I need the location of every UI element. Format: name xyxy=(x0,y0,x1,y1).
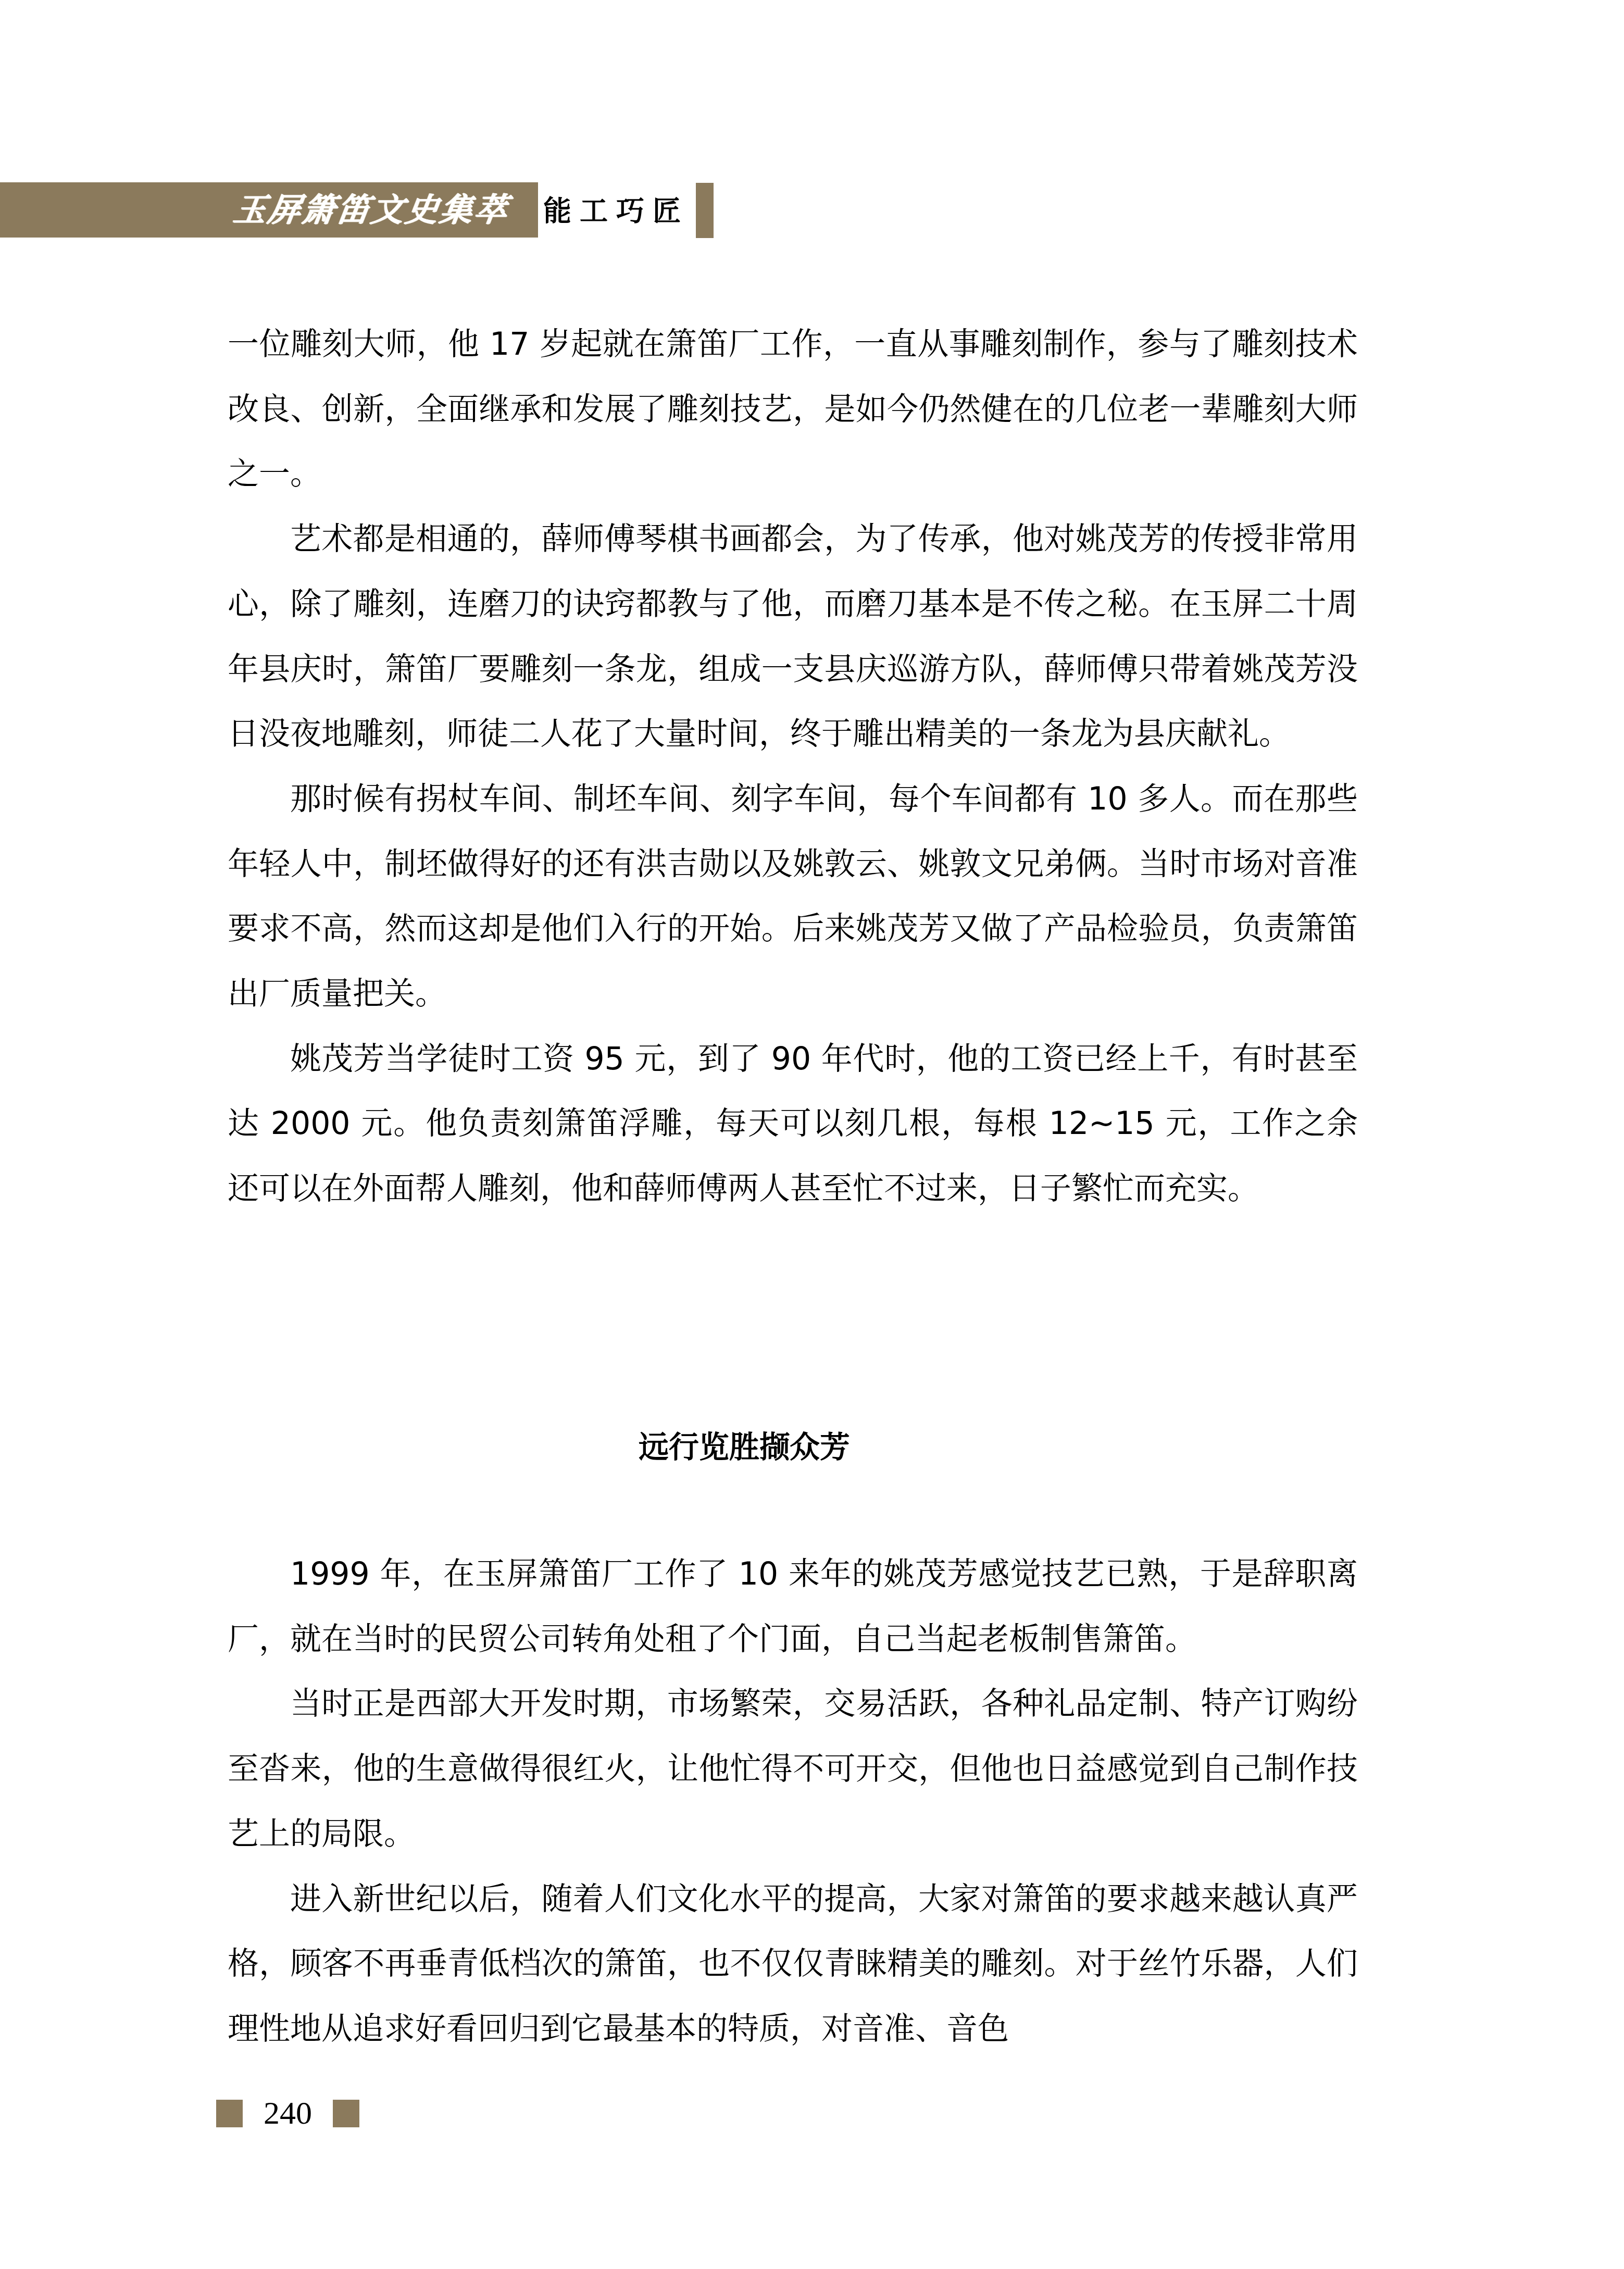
paragraph: 进入新世纪以后，随着人们文化水平的提高，大家对箫笛的要求越来越认真严格，顾客不再… xyxy=(228,1867,1358,2062)
section-label: 能工巧匠 xyxy=(543,188,689,234)
page-number: 240 xyxy=(264,2099,312,2127)
paragraph: 那时候有拐杖车间、制坯车间、刻字车间，每个车间都有 10 多人。而在那些年轻人中… xyxy=(228,767,1358,1027)
footer-square-right xyxy=(333,2100,359,2127)
body-text-section-1: 一位雕刻大师，他 17 岁起就在箫笛厂工作，一直从事雕刻制作，参与了雕刻技术改良… xyxy=(228,312,1358,1221)
body-text-section-2: 1999 年，在玉屏箫笛厂工作了 10 来年的姚茂芳感觉技艺已熟，于是辞职离厂，… xyxy=(228,1542,1358,2062)
paragraph: 艺术都是相通的，薛师傅琴棋书画都会，为了传承，他对姚茂芳的传授非常用心，除了雕刻… xyxy=(228,507,1358,767)
series-title: 玉屏箫笛文史集萃 xyxy=(231,186,503,233)
paragraph: 1999 年，在玉屏箫笛厂工作了 10 来年的姚茂芳感觉技艺已熟，于是辞职离厂，… xyxy=(228,1542,1358,1672)
page-footer: 240 xyxy=(216,2099,359,2127)
paragraph: 一位雕刻大师，他 17 岁起就在箫笛厂工作，一直从事雕刻制作，参与了雕刻技术改良… xyxy=(228,312,1358,507)
section-heading: 远行览胜撷众芳 xyxy=(228,1427,1358,1467)
paragraph: 姚茂芳当学徒时工资 95 元，到了 90 年代时，他的工资已经上千，有时甚至达 … xyxy=(228,1027,1358,1221)
paragraph: 当时正是西部大开发时期，市场繁荣，交易活跃，各种礼品定制、特产订购纷至沓来，他的… xyxy=(228,1672,1358,1866)
header-end-bar xyxy=(696,183,714,238)
footer-square-left xyxy=(216,2100,243,2127)
